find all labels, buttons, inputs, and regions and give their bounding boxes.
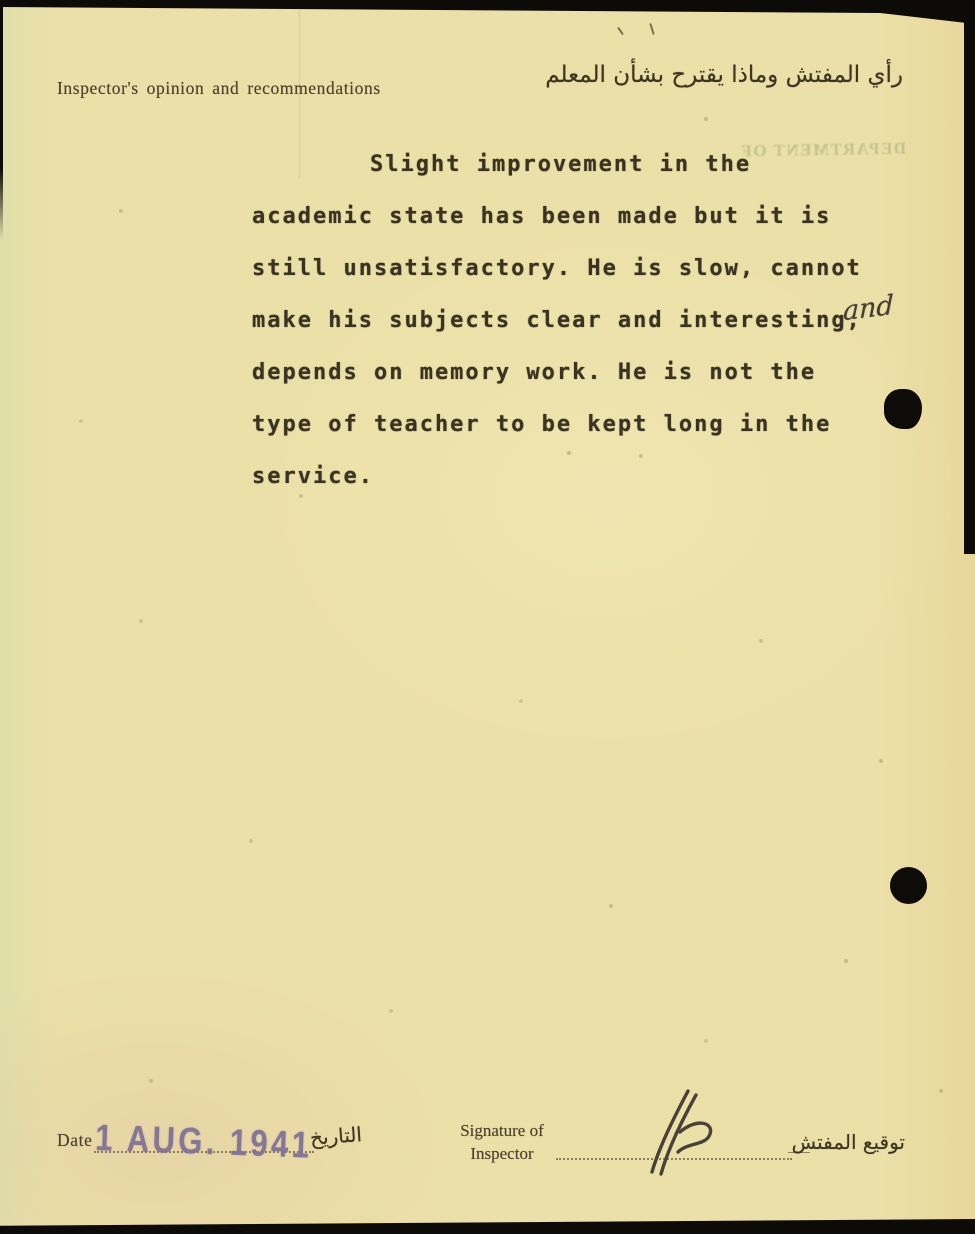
date-stamp: 1 AUG. 1941 xyxy=(95,1117,314,1167)
typed-opinion-text: Slight improvement in the academic state… xyxy=(252,139,892,503)
inspector-signature xyxy=(628,1086,732,1176)
typed-line: Slight improvement in the xyxy=(252,139,892,191)
hole-punch-bottom xyxy=(890,867,927,904)
date-label-arabic: التاريخ xyxy=(309,1122,362,1150)
paper-speckles xyxy=(0,0,2,2)
signature-label-line1: Signature of xyxy=(442,1119,562,1142)
section-title-english: Inspector's opinion and recommendations xyxy=(57,78,381,99)
scan-edge-left xyxy=(0,0,3,240)
date-label-english: Date xyxy=(57,1130,92,1151)
scan-edge-bottom xyxy=(0,1219,975,1234)
hole-punch-top xyxy=(884,389,922,429)
typed-line: type of teacher to be kept long in the xyxy=(252,399,892,451)
section-title-arabic: رأي المفتش وماذا يقترح بشأن المعلم xyxy=(545,62,903,88)
signature-label-english: Signature of Inspector xyxy=(442,1119,562,1165)
typed-line: depends on memory work. He is not the xyxy=(252,347,892,399)
signature-label-arabic: توقيع المفتش xyxy=(792,1130,905,1154)
typed-line: academic state has been made but it is xyxy=(252,191,892,243)
scan-edge-right xyxy=(964,0,975,554)
stray-ink-mark xyxy=(617,27,624,36)
scan-edge-top xyxy=(0,0,975,24)
handwritten-word-and: and xyxy=(843,290,894,327)
stray-ink-mark xyxy=(649,23,655,35)
typed-line: make his subjects clear and interesting, xyxy=(252,295,892,347)
scanned-document-page: Inspector's opinion and recommendations … xyxy=(0,0,975,1234)
signature-label-line2: Inspector xyxy=(442,1142,562,1165)
typed-line: still unsatisfactory. He is slow, cannot xyxy=(252,243,892,295)
typed-line: service. xyxy=(252,451,892,503)
